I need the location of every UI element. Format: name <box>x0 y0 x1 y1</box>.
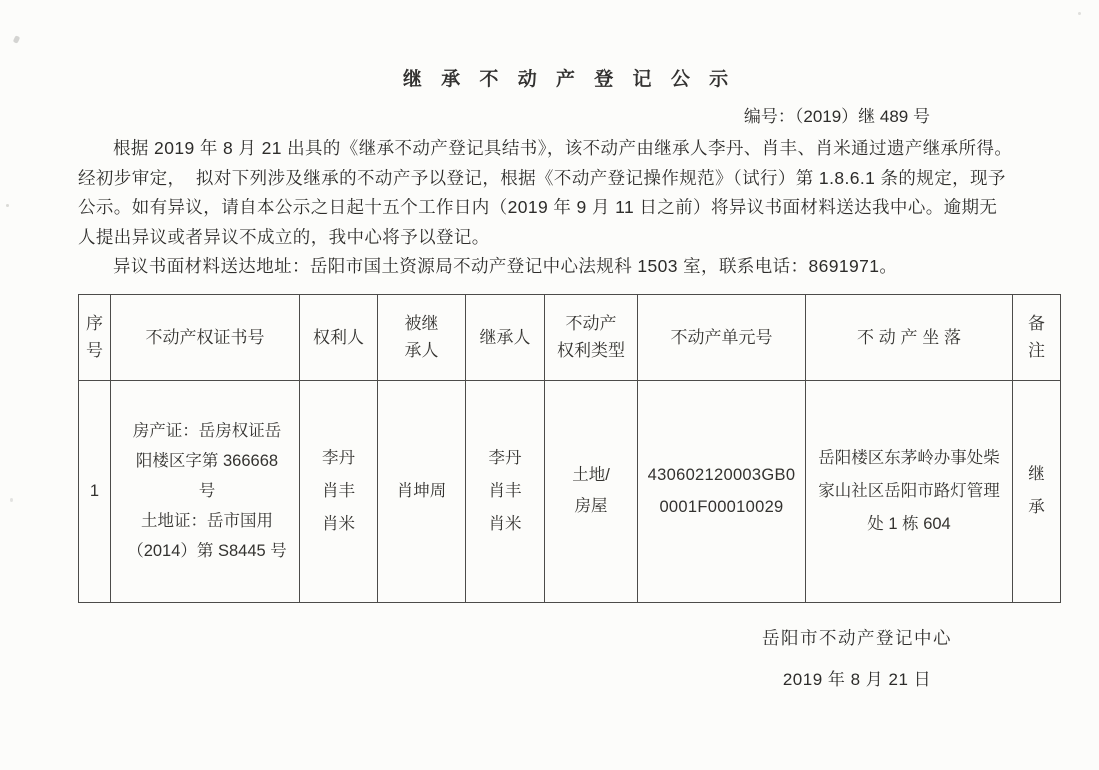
cell-location: 岳阳楼区东茅岭办事处柴 家山社区岳阳市路灯管理 处 1 栋 604 <box>806 380 1013 602</box>
header-right-type: 不动产 权利类型 <box>545 294 638 380</box>
header-remark: 备 注 <box>1013 294 1061 380</box>
cell-heir: 李丹 肖丰 肖米 <box>466 380 545 602</box>
paragraph-line: 公示。如有异议，请自本公示之日起十五个工作日内（2019 年 9 月 11 日之… <box>78 193 1060 223</box>
cell-right-type: 土地/ 房屋 <box>545 380 638 602</box>
document-content: 继 承 不 动 产 登 记 公 示 编号：（2019）继 489 号 根据 20… <box>0 0 1099 603</box>
scanned-document-page: 继 承 不 动 产 登 记 公 示 编号：（2019）继 489 号 根据 20… <box>0 0 1099 770</box>
intro-paragraph: 根据 2019 年 8 月 21 出具的《继承不动产登记具结书》，该不动产由继承… <box>78 134 1060 282</box>
paragraph-line: 人提出异议或者异议不成立的，我中心将予以登记。 <box>78 223 1060 253</box>
document-number: 编号：（2019）继 489 号 <box>78 102 1060 127</box>
cell-decedent: 肖坤周 <box>378 380 466 602</box>
cell-index: 1 <box>79 380 111 602</box>
cell-unit-no: 430602120003GB0 0001F00010029 <box>638 380 806 602</box>
table-row: 1 房产证：岳房权证岳 阳楼区字第 366668 号 土地证：岳市国用 （201… <box>79 380 1061 602</box>
paragraph-line: 根据 2019 年 8 月 21 出具的《继承不动产登记具结书》，该不动产由继承… <box>78 134 1060 164</box>
header-right-holder: 权利人 <box>300 294 378 380</box>
header-unit-no: 不动产单元号 <box>638 294 806 380</box>
signature-block: 岳阳市不动产登记中心 2019 年 8 月 21 日 <box>762 625 952 690</box>
issue-date: 2019 年 8 月 21 日 <box>783 665 931 690</box>
paragraph-line: 经初步审定， 拟对下列涉及继承的不动产予以登记，根据《不动产登记操作规范》（试行… <box>78 164 1060 194</box>
address-line: 异议书面材料送达地址：岳阳市国土资源局不动产登记中心法规科 1503 室，联系电… <box>78 252 1060 282</box>
scan-speck <box>6 204 9 207</box>
header-certificate-no: 不动产权证书号 <box>111 294 300 380</box>
table-header-row: 序 号 不动产权证书号 权利人 被继 承人 继承人 不动产 权利类型 不动产单元… <box>79 294 1061 380</box>
cell-certificate-no: 房产证：岳房权证岳 阳楼区字第 366668 号 土地证：岳市国用 （2014）… <box>111 380 300 602</box>
issuing-org: 岳阳市不动产登记中心 <box>762 625 952 650</box>
document-title: 继 承 不 动 产 登 记 公 示 <box>78 64 1060 91</box>
cell-right-holder: 李丹 肖丰 肖米 <box>300 380 378 602</box>
header-index: 序 号 <box>79 294 111 380</box>
scan-speck <box>1078 12 1081 15</box>
header-location: 不 动 产 坐 落 <box>806 294 1013 380</box>
header-decedent: 被继 承人 <box>378 294 466 380</box>
registration-table: 序 号 不动产权证书号 权利人 被继 承人 继承人 不动产 权利类型 不动产单元… <box>78 294 1061 603</box>
header-heir: 继承人 <box>466 294 545 380</box>
cell-remark: 继 承 <box>1013 380 1061 602</box>
scan-speck <box>10 498 13 502</box>
